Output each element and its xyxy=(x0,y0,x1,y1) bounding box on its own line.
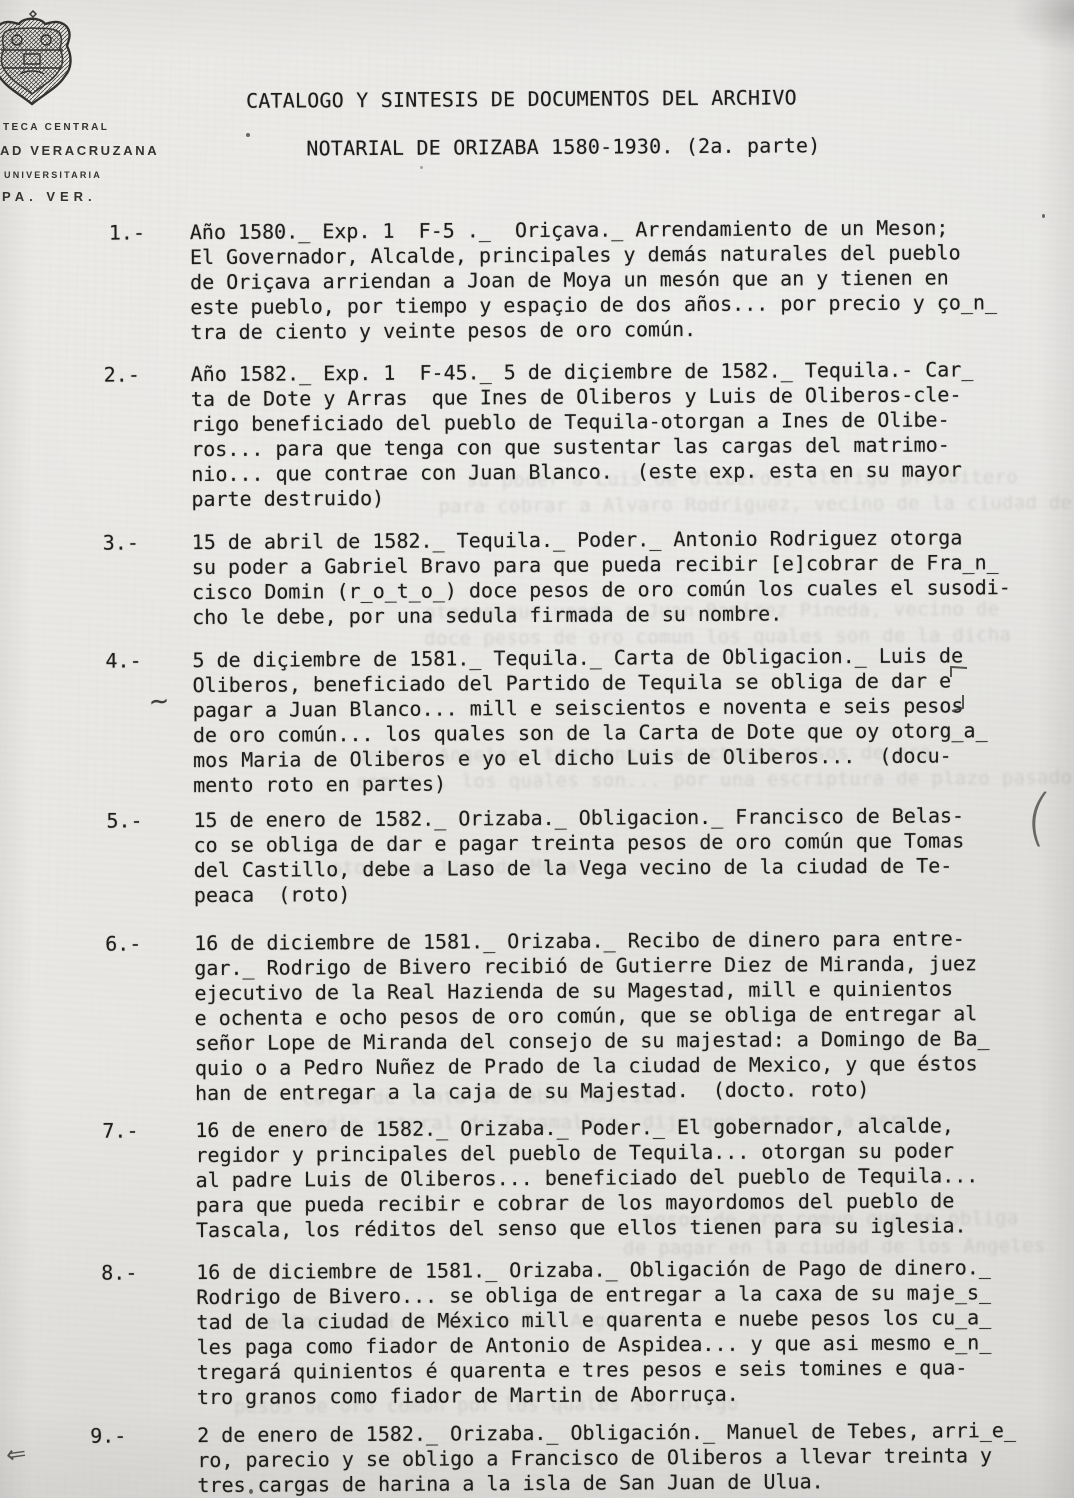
bleed-through-text: doce pesos de oro comun los quales son d… xyxy=(424,624,1011,650)
entry-text-line: quio o a Pedro Nuñez de Prado de la ciud… xyxy=(195,1051,1025,1081)
catalog-entry: 5.-15 de enero de 1582._ Orizaba._ Oblig… xyxy=(193,803,1024,908)
paper-speck xyxy=(249,1489,253,1494)
insertion-bracket-top-mark xyxy=(948,664,970,680)
entry-number: 6.- xyxy=(105,931,141,956)
bleed-through-text: para cobrar a Alvaro Rodriguez, vecino d… xyxy=(438,491,1074,518)
entry-number: 8.- xyxy=(101,1260,137,1285)
entry-text-line: este pueblo, por tiempo y espaçio de dos… xyxy=(190,290,1020,320)
entry-number: 2.- xyxy=(104,362,140,387)
margin-tilde-mark: ~ xyxy=(148,683,170,720)
catalog-entry: 6.-16 de diciembre de 1581._ Orizaba._ R… xyxy=(194,926,1025,1106)
paper-speck xyxy=(246,133,250,137)
bleed-through-text: vecino de la ciudad de los Angeles xyxy=(253,1309,652,1333)
paper-speck xyxy=(420,166,423,169)
bleed-through-text: pesos de oro comun por los quales se obl… xyxy=(234,1393,739,1418)
entries: 1.-Año 1580._ Exp. 1 F-5 ._ Oriçava._ Ar… xyxy=(0,0,1069,3)
page-title-line1: CATALOGO Y SINTESIS DE DOCUMENTOS DEL AR… xyxy=(246,85,797,112)
entry-number: 5.- xyxy=(106,808,142,833)
entry-text-line: del Castillo, debe a Laso de la Vega vec… xyxy=(194,853,1024,883)
catalog-entry: 1.-Año 1580._ Exp. 1 F-5 ._ Oriçava._ Ar… xyxy=(190,215,1021,345)
page-title-line2: NOTARIAL DE ORIZABA 1580-1930. (2a. part… xyxy=(306,133,820,160)
bleed-through-text: otorga que venda a Juan Ramirez Pineda, … xyxy=(424,598,999,624)
entry-text-line: tres cargas de harina a la isla de San J… xyxy=(197,1468,1027,1498)
bleed-through-text: Carta de venta de Pablo Marrieta xyxy=(302,1085,678,1109)
entry-text-line: tregará quinientos é quarenta e tres pes… xyxy=(197,1355,1027,1385)
insertion-bracket-bottom-mark xyxy=(950,694,970,714)
entry-number: 3.- xyxy=(103,530,139,555)
entry-number: 1.- xyxy=(109,220,145,245)
bleed-through-text: de los Angeles, trezientos e ochenta pes… xyxy=(356,742,931,768)
entry-text-line: ro, parecio y se obligo a Francisco de O… xyxy=(197,1443,1027,1473)
paper-speck xyxy=(1042,214,1045,218)
catalog-entry: 9.-2 de enero de 1582._ Orizaba._ Obliga… xyxy=(197,1418,1027,1498)
entry-number: 9.- xyxy=(90,1424,126,1449)
margin-arrow-mark: ⇐ xyxy=(4,1439,28,1470)
typewritten-content: CATALOGO Y SINTESIS DE DOCUMENTOS DEL AR… xyxy=(0,0,1074,1498)
bleed-through-text: comun... los quales son... por una escri… xyxy=(356,767,1072,793)
bleed-through-text: yndio natural de Tecamaluca, dijo que en… xyxy=(302,1110,913,1136)
bleed-through-text: pesos de oro comun que se obliga xyxy=(643,1207,1019,1231)
bleed-through-text: otorga a Juan de Moya. xyxy=(331,856,589,880)
entry-text-line: peaca (roto) xyxy=(194,878,1024,908)
scanned-page: TECA CENTRAL AD VERACRUZANA UNIVERSITARI… xyxy=(0,0,1074,1498)
entry-number: 7.- xyxy=(102,1118,138,1143)
bleed-through-text: su poder a Luis de Oliberos, clerigo pre… xyxy=(466,466,1018,491)
entry-text-line: tra de ciento y veinte pesos de oro comú… xyxy=(190,315,1020,345)
entry-number: 4.- xyxy=(105,648,141,673)
bleed-through-text: de pagar en la ciudad de los Angeles xyxy=(623,1235,1046,1260)
